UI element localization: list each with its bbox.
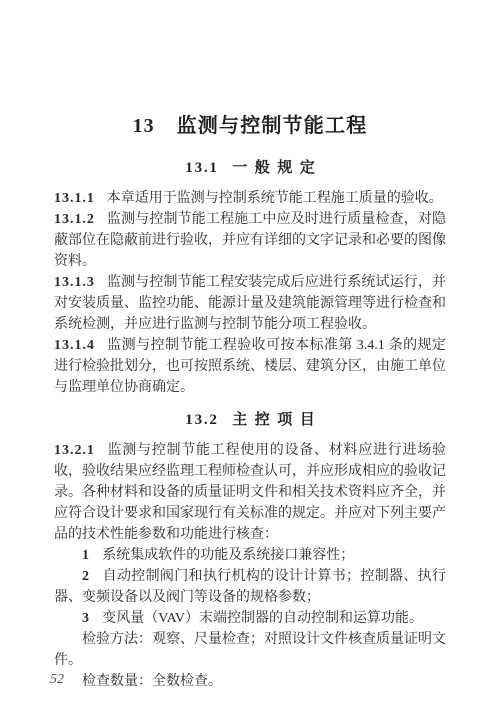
item-number: 1 [82, 548, 89, 563]
clause: 13.1.4监测与控制节能工程验收可按本标准第 3.4.1 条的规定进行检验批划… [54, 335, 446, 398]
item-text: 系统集成软件的功能及系统接口兼容性； [102, 548, 354, 563]
clause: 13.1.3监测与控制节能工程安装完成后应进行系统试运行，并对安装质量、监控功能… [54, 272, 446, 335]
section-number: 13.2 [185, 412, 218, 428]
list-item: 2自动控制阀门和执行机构的设计计算书；控制器、执行器、变频设备以及阀门等设备的规… [54, 566, 446, 608]
clause-number: 13.1.4 [54, 338, 95, 353]
item-number: 2 [82, 569, 89, 584]
clause-text: 监测与控制节能工程使用的设备、材料应进行进场验收，验收结果应经监理工程师检查认可… [54, 443, 446, 542]
chapter-title-text: 监测与控制节能工程 [177, 115, 368, 137]
section-number: 13.1 [185, 160, 218, 176]
section-13-2-body: 13.2.1监测与控制节能工程使用的设备、材料应进行进场验收，验收结果应经监理工… [54, 440, 446, 692]
clause-number: 13.1.1 [54, 191, 95, 206]
clause-text: 监测与控制节能工程安装完成后应进行系统试运行，并对安装质量、监控功能、能源计量及… [54, 275, 446, 332]
clause: 13.1.1本章适用于监测与控制系统节能工程施工质量的验收。 [54, 188, 446, 209]
section-13-1-body: 13.1.1本章适用于监测与控制系统节能工程施工质量的验收。 13.1.2监测与… [54, 188, 446, 398]
item-text: 变风量（VAV）末端控制器的自动控制和运算功能。 [102, 611, 423, 626]
list-item: 1系统集成软件的功能及系统接口兼容性； [54, 545, 446, 566]
item-number: 3 [82, 611, 89, 626]
list-item: 3变风量（VAV）末端控制器的自动控制和运算功能。 [54, 608, 446, 629]
clause-text: 监测与控制节能工程施工中应及时进行质量检查，对隐蔽部位在隐蔽前进行验收，并应有详… [54, 212, 446, 269]
section-title: 一般规定 [232, 160, 322, 176]
chapter-title: 13监测与控制节能工程 [54, 112, 446, 140]
inspection-quantity-note: 检查数量：全数检查。 [54, 671, 446, 692]
inspection-method-note: 检验方法：观察、尺量检查；对照设计文件核查质量证明文件。 [54, 629, 446, 671]
section-heading-13-1: 13.1一般规定 [54, 158, 446, 178]
clause: 13.1.2监测与控制节能工程施工中应及时进行质量检查，对隐蔽部位在隐蔽前进行验… [54, 209, 446, 272]
clause-number: 13.1.3 [54, 275, 95, 290]
page-number: 52 [50, 672, 64, 688]
clause-number: 13.2.1 [54, 443, 95, 458]
section-title: 主控项目 [232, 412, 322, 428]
clause-text: 本章适用于监测与控制系统节能工程施工质量的验收。 [107, 191, 443, 206]
clause-number: 13.1.2 [54, 212, 95, 227]
clause-text: 监测与控制节能工程验收可按本标准第 3.4.1 条的规定进行检验批划分，也可按照… [54, 338, 446, 395]
item-text: 自动控制阀门和执行机构的设计计算书；控制器、执行器、变频设备以及阀门等设备的规格… [54, 569, 446, 605]
document-page: 13监测与控制节能工程 13.1一般规定 13.1.1本章适用于监测与控制系统节… [0, 0, 500, 724]
chapter-number: 13 [133, 115, 155, 137]
clause: 13.2.1监测与控制节能工程使用的设备、材料应进行进场验收，验收结果应经监理工… [54, 440, 446, 545]
section-heading-13-2: 13.2主控项目 [54, 410, 446, 430]
